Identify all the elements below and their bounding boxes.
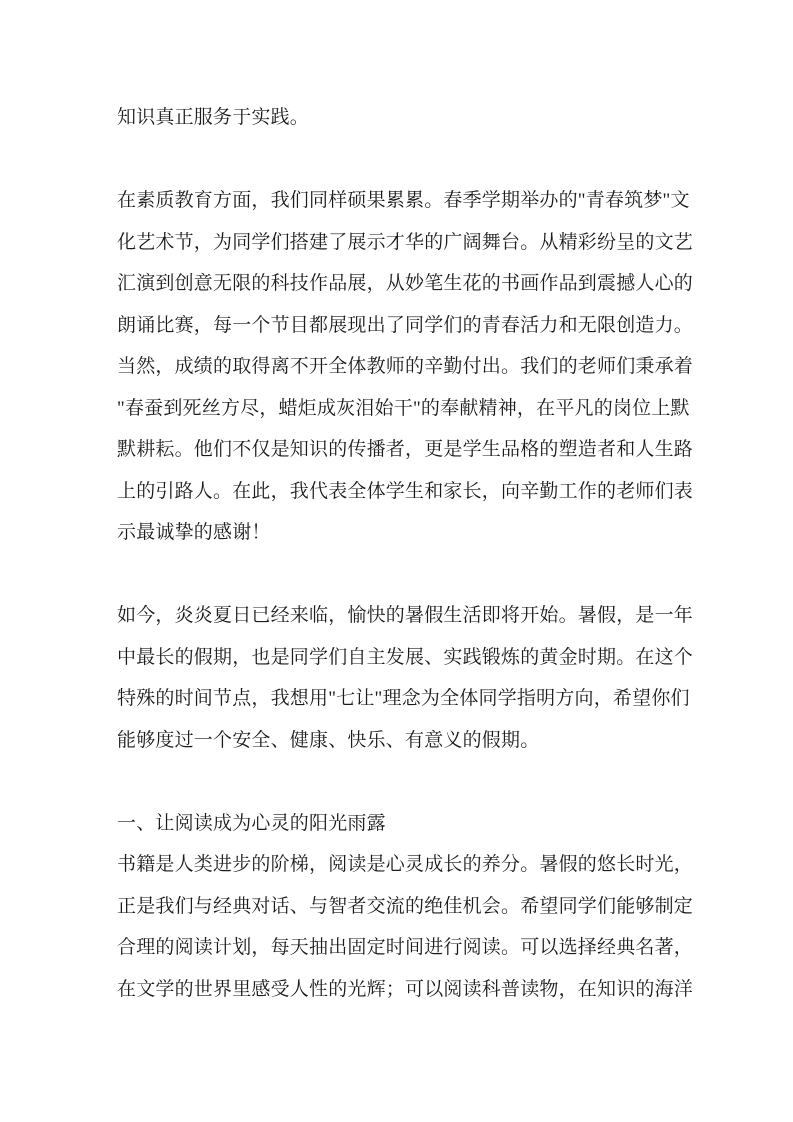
paragraph-spacer <box>117 761 697 803</box>
text-line: 朗诵比赛，每一个节目都展现出了同学们的青春活力和无限创造力。 <box>117 305 697 347</box>
text-line: 示最诚挚的感谢！ <box>117 512 697 554</box>
text-line: 能够度过一个安全、健康、快乐、有意义的假期。 <box>117 720 697 762</box>
paragraph-spacer <box>117 554 697 596</box>
text-line: 知识真正服务于实践。 <box>117 97 697 139</box>
text-line: 上的引路人。在此，我代表全体学生和家长，向辛勤工作的老师们表 <box>117 471 697 513</box>
text-line: 书籍是人类进步的阶梯，阅读是心灵成长的养分。暑假的悠长时光， <box>117 844 697 886</box>
section-heading-reading: 一、让阅读成为心灵的阳光雨露 <box>117 803 697 845</box>
text-line: 在素质教育方面，我们同样硕果累累。春季学期举办的"青春筑梦"文 <box>117 180 697 222</box>
text-line: 中最长的假期，也是同学们自主发展、实践锻炼的黄金时期。在这个 <box>117 637 697 679</box>
paragraph-continuation: 知识真正服务于实践。 <box>117 97 697 139</box>
text-line: 当然，成绩的取得离不开全体教师的辛勤付出。我们的老师们秉承着 <box>117 346 697 388</box>
section-heading: 一、让阅读成为心灵的阳光雨露 <box>117 803 697 845</box>
paragraph-reading: 书籍是人类进步的阶梯，阅读是心灵成长的养分。暑假的悠长时光， 正是我们与经典对话… <box>117 844 697 1010</box>
text-line: 特殊的时间节点，我想用"七让"理念为全体同学指明方向，希望你们 <box>117 678 697 720</box>
text-line: 正是我们与经典对话、与智者交流的绝佳机会。希望同学们能够制定 <box>117 886 697 928</box>
paragraph-spacer <box>117 139 697 181</box>
text-line: 合理的阅读计划，每天抽出固定时间进行阅读。可以选择经典名著， <box>117 927 697 969</box>
document-page: 知识真正服务于实践。 在素质教育方面，我们同样硕果累累。春季学期举办的"青春筑梦… <box>0 0 793 1122</box>
text-line: 汇演到创意无限的科技作品展，从妙笔生花的书画作品到震撼人心的 <box>117 263 697 305</box>
text-line: 如今，炎炎夏日已经来临，愉快的暑假生活即将开始。暑假，是一年 <box>117 595 697 637</box>
text-line: "春蚕到死丝方尽，蜡炬成灰泪始干"的奉献精神，在平凡的岗位上默 <box>117 388 697 430</box>
text-line: 化艺术节，为同学们搭建了展示才华的广阔舞台。从精彩纷呈的文艺 <box>117 222 697 264</box>
text-line: 在文学的世界里感受人性的光辉；可以阅读科普读物，在知识的海洋 <box>117 969 697 1011</box>
paragraph-achievements: 在素质教育方面，我们同样硕果累累。春季学期举办的"青春筑梦"文 化艺术节，为同学… <box>117 180 697 554</box>
text-line: 默耕耘。他们不仅是知识的传播者，更是学生品格的塑造者和人生路 <box>117 429 697 471</box>
paragraph-summer-intro: 如今，炎炎夏日已经来临，愉快的暑假生活即将开始。暑假，是一年 中最长的假期，也是… <box>117 595 697 761</box>
